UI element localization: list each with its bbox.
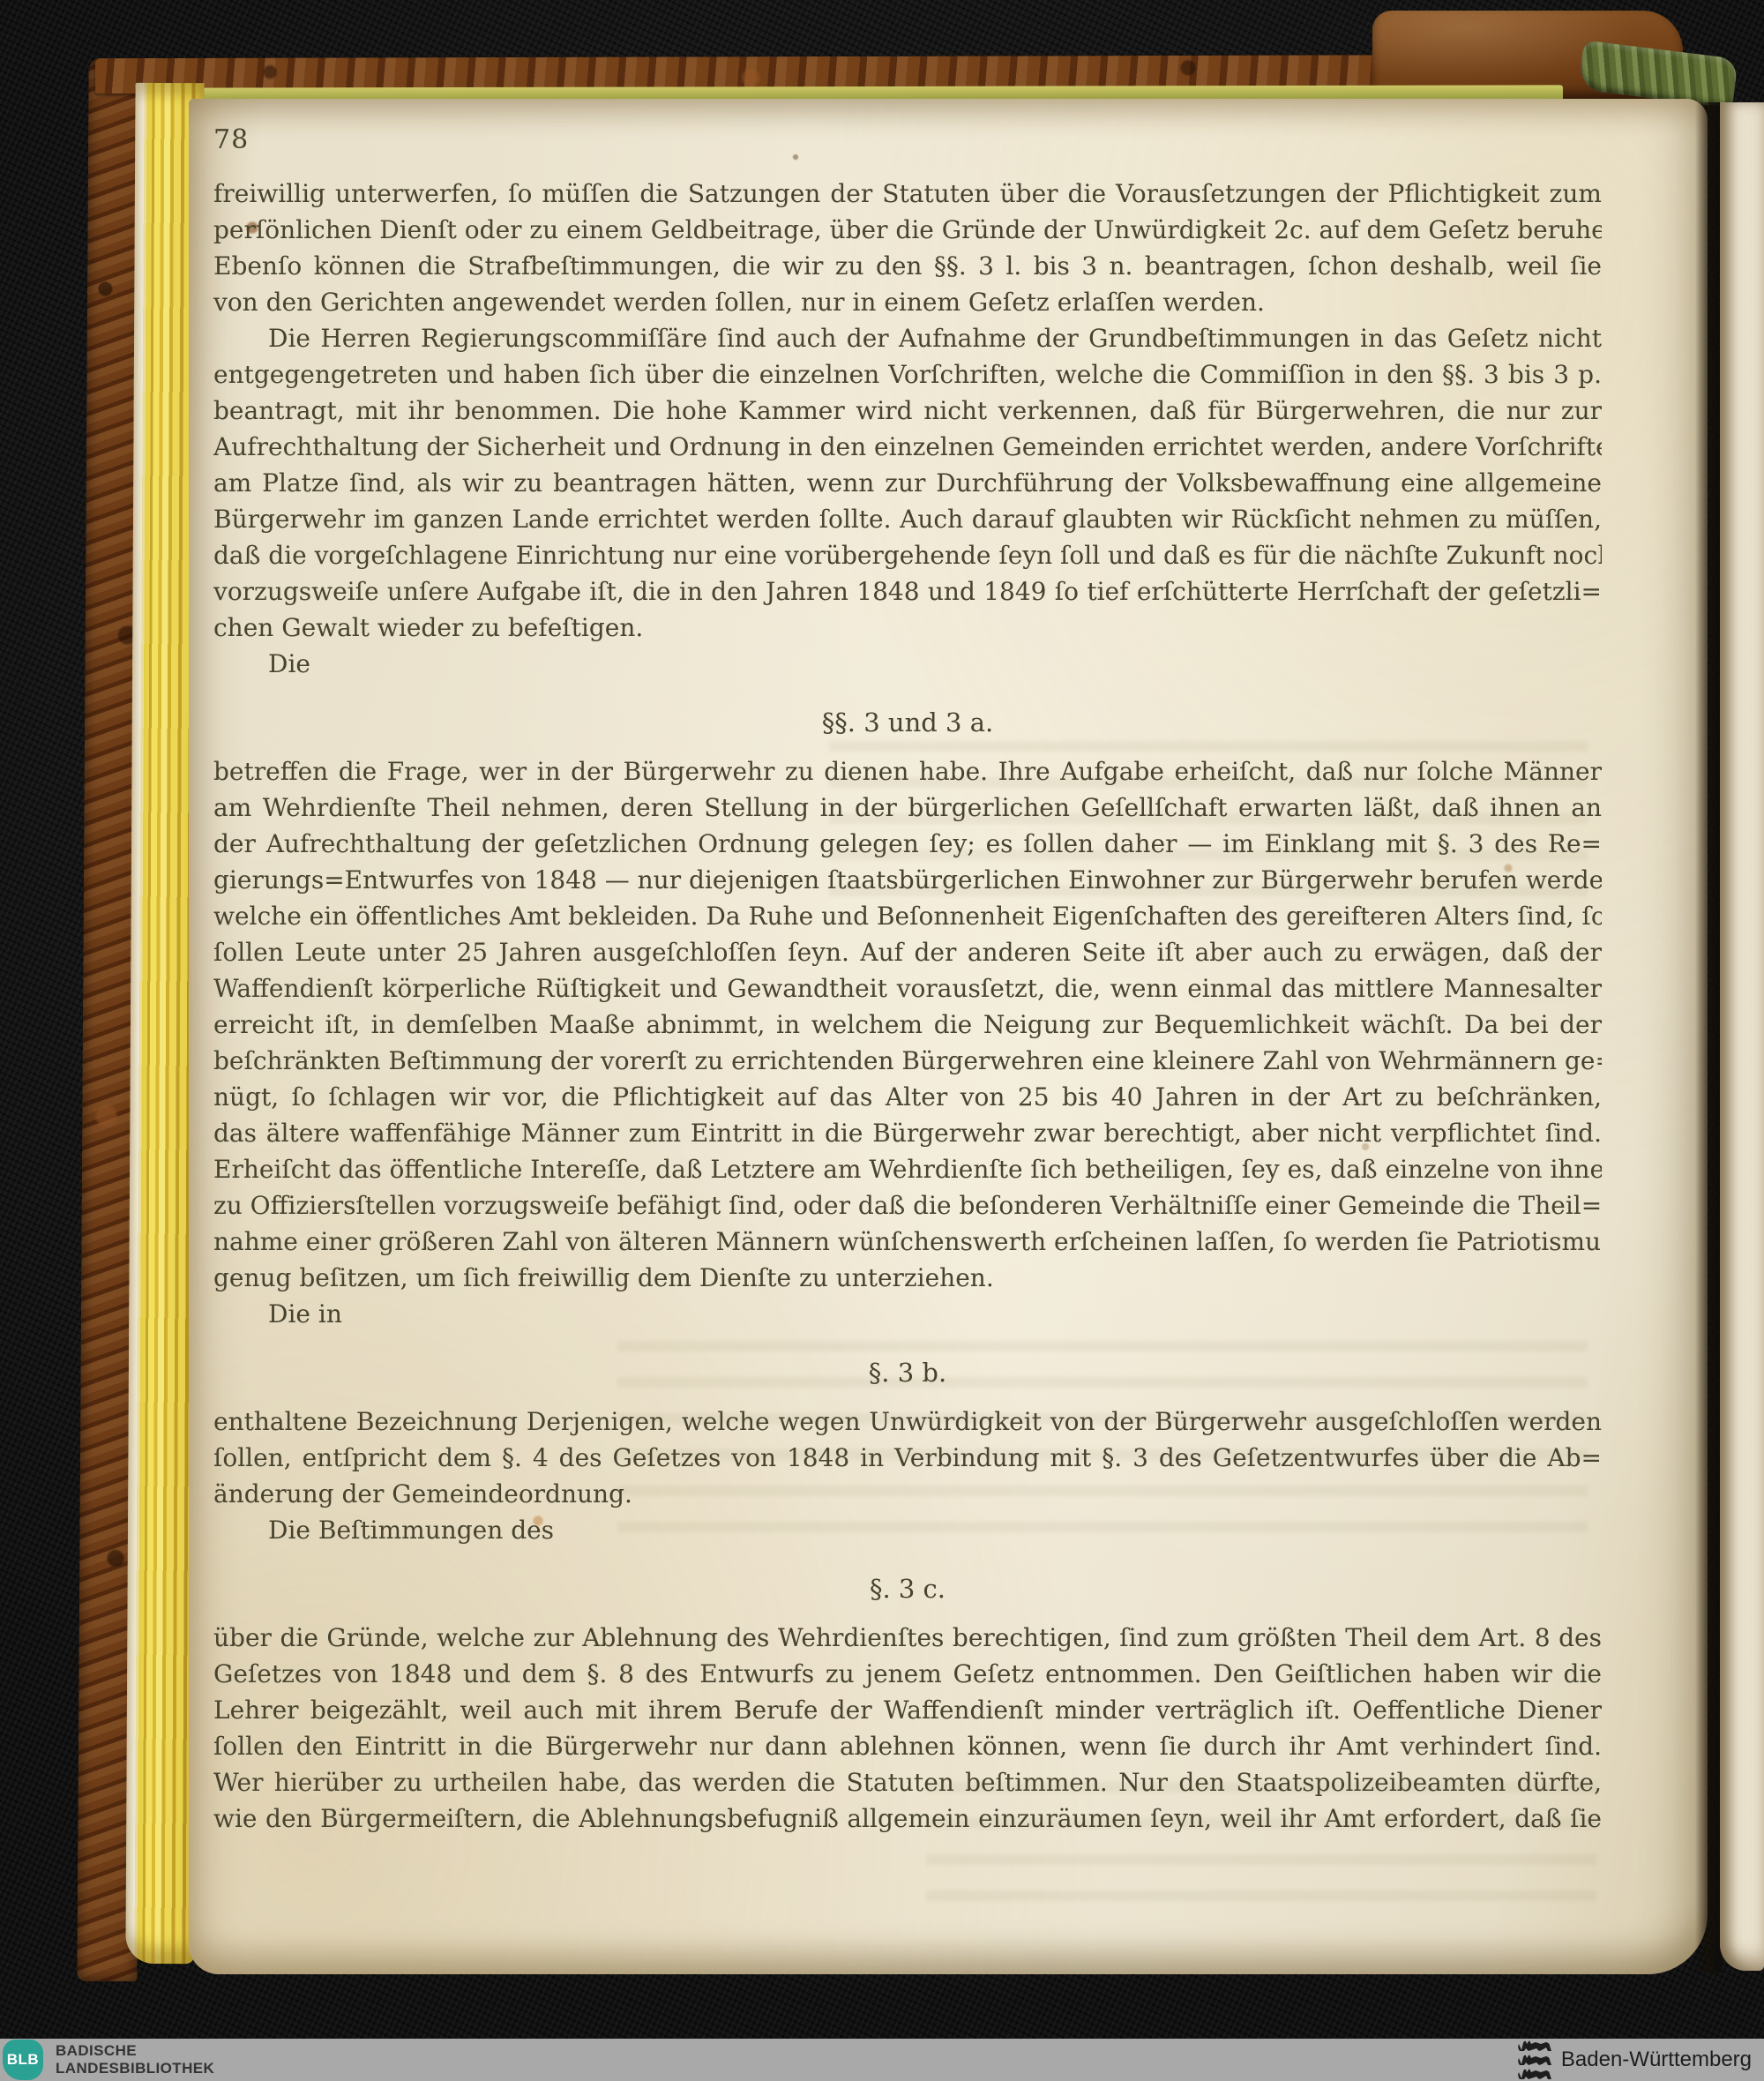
text-line: genug beſitzen, um ſich freiwillig dem D… xyxy=(213,1260,1602,1296)
text-line: freiwillig unterwerfen, ſo müſſen die Sa… xyxy=(213,176,1602,212)
text-line: chen Gewalt wieder zu befeſtigen. xyxy=(213,610,1602,646)
text-line: Die Herren Regierungscommiſſäre ſind auc… xyxy=(213,320,1602,356)
text-line: Ebenſo können die Strafbeſtimmungen, die… xyxy=(213,248,1602,284)
text-line: enthaltene Bezeichnung Derjenigen, welch… xyxy=(213,1404,1602,1440)
section-heading: §§. 3 und 3 a. xyxy=(213,705,1602,741)
text-line: Die Beſtimmungen des xyxy=(213,1512,1602,1548)
state-name: Baden-Württemberg xyxy=(1561,2047,1752,2072)
text-line: perſönlichen Dienſt oder zu einem Geldbe… xyxy=(213,212,1602,248)
text-line: Waffendienſt körperliche Rüſtigkeit und … xyxy=(213,970,1602,1007)
text-line: am Wehrdienſte Theil nehmen, deren Stell… xyxy=(213,790,1602,826)
blb-logo: BLB xyxy=(3,2040,43,2080)
section-heading: §. 3 c. xyxy=(213,1571,1602,1607)
text-line: gierungs=Entwurfes von 1848 — nur diejen… xyxy=(213,862,1602,898)
text-flow: 78 freiwillig unterwerfen, ſo müſſen die… xyxy=(213,122,1602,1837)
text-line: Geſetzes von 1848 und dem §. 8 des Entwu… xyxy=(213,1656,1602,1692)
library-name: BADISCHE LANDESBIBLIOTHEK xyxy=(56,2042,214,2077)
text-line: von den Gerichten angewendet werden ſoll… xyxy=(213,284,1602,320)
text-line: ſollen den Eintritt in die Bürgerwehr nu… xyxy=(213,1728,1602,1764)
text-line: änderung der Gemeindeordnung. xyxy=(213,1476,1602,1512)
text-line: beantragt, mit ihr benommen. Die hohe Ka… xyxy=(213,393,1602,429)
text-line: Erheiſcht das öffentliche Intereſſe, daß… xyxy=(213,1151,1602,1187)
text-line: zu Offiziersſtellen vorzugsweiſe befähig… xyxy=(213,1187,1602,1224)
text-line: wie den Bürgermeiſtern, die Ablehnungsbe… xyxy=(213,1800,1602,1837)
text-line: am Platze ſind, als wir zu beantragen hä… xyxy=(213,465,1602,501)
library-name-line2: LANDESBIBLIOTHEK xyxy=(56,2060,214,2077)
text-line: ſollen Leute unter 25 Jahren ausgeſchloſ… xyxy=(213,934,1602,970)
facing-page-edge xyxy=(1720,102,1764,1971)
blb-logo-text: BLB xyxy=(7,2051,39,2069)
book-gutter-shadow xyxy=(1695,102,1722,1972)
text-line: über die Gründe, welche zur Ablehnung de… xyxy=(213,1620,1602,1656)
section-heading: §. 3 b. xyxy=(213,1355,1602,1391)
text-line: beſchränkten Beſtimmung der vorerſt zu e… xyxy=(213,1043,1602,1079)
text-line: Aufrechthaltung der Sicherheit und Ordnu… xyxy=(213,429,1602,465)
text-line: welche ein öffentliches Amt bekleiden. D… xyxy=(213,898,1602,934)
text-line: ſollen, entſpricht dem §. 4 des Geſetzes… xyxy=(213,1440,1602,1476)
text-line: Bürgerwehr im ganzen Lande errichtet wer… xyxy=(213,501,1602,537)
text-line: nahme einer größeren Zahl von älteren Mä… xyxy=(213,1224,1602,1260)
baden-wuerttemberg-coat-of-arms-icon xyxy=(1517,2040,1552,2080)
footer-bar: BLB BADISCHE LANDESBIBLIOTHEK Baden-Würt… xyxy=(0,2039,1764,2081)
digitized-book-viewer: { "content": { "page_number": "78", "blo… xyxy=(0,0,1764,2081)
footer-right-group: Baden-Württemberg xyxy=(1517,2040,1752,2080)
library-name-line1: BADISCHE xyxy=(56,2042,214,2060)
text-line: Die xyxy=(213,646,1602,682)
text-line: entgegengetreten und haben ſich über die… xyxy=(213,356,1602,393)
text-line: nügt, ſo ſchlagen wir vor, die Pflichtig… xyxy=(213,1079,1602,1115)
text-line: Die in xyxy=(213,1296,1602,1332)
page-number: 78 xyxy=(213,122,1602,158)
text-line: vorzugsweiſe unſere Aufgabe iſt, die in … xyxy=(213,573,1602,610)
text-line: betreffen die Frage, wer in der Bürgerwe… xyxy=(213,753,1602,790)
text-line: daß die vorgeſchlagene Einrichtung nur e… xyxy=(213,537,1602,573)
text-line: der Aufrechthaltung der geſetzlichen Ord… xyxy=(213,826,1602,862)
text-line: das ältere waffenfähige Männer zum Eintr… xyxy=(213,1115,1602,1151)
text-line: erreicht iſt, in demſelben Maaße abnimmt… xyxy=(213,1007,1602,1043)
text-line: Wer hierüber zu urtheilen habe, das werd… xyxy=(213,1764,1602,1800)
text-line: Lehrer beigezählt, weil auch mit ihrem B… xyxy=(213,1692,1602,1728)
